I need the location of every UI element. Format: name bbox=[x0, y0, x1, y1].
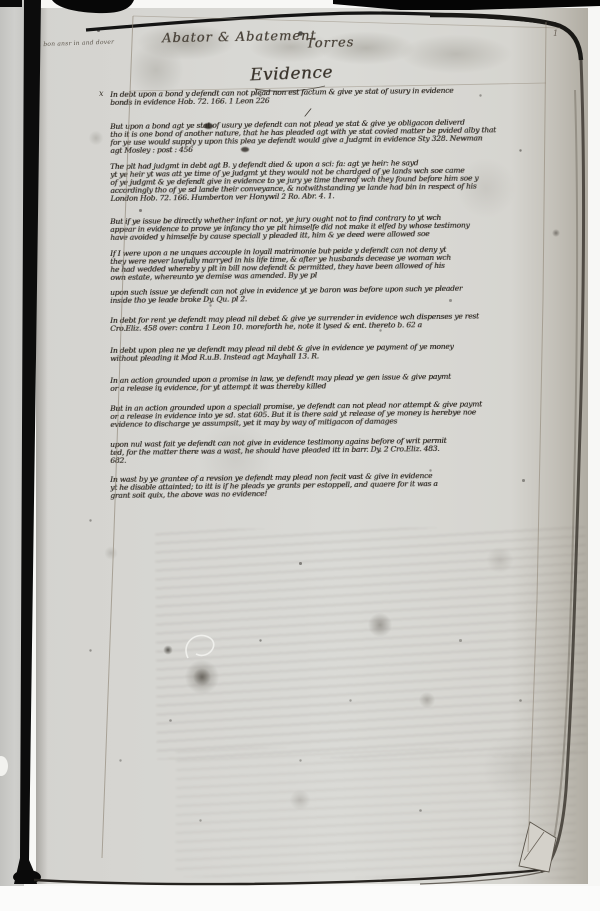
page-top-right-edge bbox=[430, 15, 581, 60]
scan-artifact bbox=[52, 0, 134, 13]
thread-artifact bbox=[186, 635, 214, 658]
binding-foot bbox=[13, 870, 41, 884]
left-margin-rule bbox=[102, 16, 133, 858]
binding-gutter bbox=[14, 0, 41, 884]
page-edges-overlay bbox=[0, 0, 600, 911]
page-right-edge-inner bbox=[552, 90, 577, 850]
header-rule bbox=[130, 83, 546, 91]
scan-background-bottom bbox=[0, 886, 600, 911]
scan-artifact bbox=[0, 0, 22, 7]
manuscript-scan: N. bon ansr in and dover Abator & Abatem… bbox=[0, 0, 600, 911]
scan-artifact bbox=[333, 0, 600, 10]
right-margin-rule bbox=[528, 22, 546, 852]
corner-fold bbox=[519, 822, 556, 872]
